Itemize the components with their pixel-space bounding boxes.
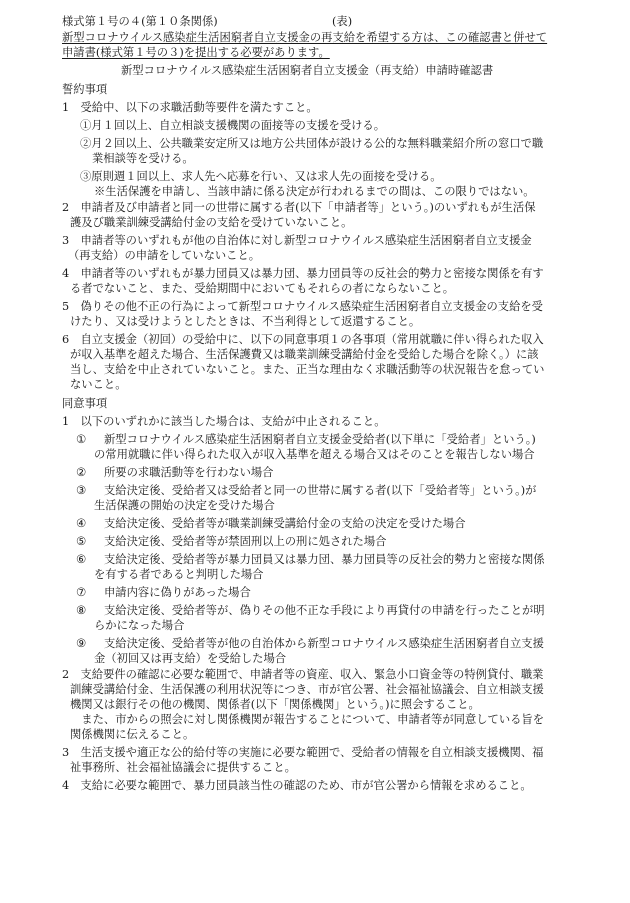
case-number: ⑤ (76, 534, 86, 549)
consent-item-3-cont: 祉事務所、社会福祉協議会に提供すること。 (70, 760, 296, 775)
pledge-item-1-sub-1: ①月１回以上、自立相談支援機関の面接等の支援を受ける。 (80, 118, 385, 133)
case-number: ③ (76, 483, 86, 498)
case-number: ④ (76, 516, 86, 531)
case-number: ① (76, 432, 86, 447)
pledge-item-4: 4 申請者等のいずれもが暴力団員又は暴力団、暴力団員等の反社会的勢力と密接な関係… (62, 266, 544, 281)
case-text-cont: 金（初回又は再支給）を受給した場合 (94, 651, 286, 666)
case-text-cont: らかになった場合 (94, 618, 184, 633)
consent-item-2-cont-3: また、市からの照会に対し関係機関が報告することについて、申請者等が同意している旨… (70, 712, 544, 727)
form-number: 様式第１号の４(第１０条関係) (62, 14, 218, 29)
pledge-item-5-cont: けたり、又は受けようとしたときは、不当利得として返還すること。 (70, 314, 420, 329)
pledge-item-3: 3 申請者等のいずれもが他の自治体に対し新型コロナウイルス感染症生活困窮者自立支… (62, 233, 532, 248)
document-title: 新型コロナウイルス感染症生活困窮者自立支援金（再支給）申請時確認書 (121, 63, 493, 78)
case-text: 支給決定後、受給者等が禁固刑以上の刑に処された場合 (104, 534, 386, 549)
consent-item-4: 4 支給に必要な範囲で、暴力団員該当性の確認のため、市が官公署から情報を求めるこ… (62, 778, 532, 793)
pledge-heading: 誓約事項 (62, 82, 107, 97)
consent-item-1: 1 以下のいずれかに該当した場合は、支給が中止されること。 (62, 414, 386, 429)
case-text: 所要の求職活動等を行わない場合 (104, 465, 273, 480)
case-text-cont: 生活保護の開始の決定を受けた場合 (94, 498, 275, 513)
pledge-item-6-cont-2: 当し、支給を中止されていないこと。また、正当な理由なく求職活動等の状況報告を怠っ… (70, 362, 544, 377)
consent-item-2-cont-2: 機関又は銀行その他の機関、関係者(以下「関係機関」という。)に照会すること。 (70, 697, 480, 712)
case-text-cont: の常用就職に伴い得られた収入が収入基準を超える場合又はそのことを報告しない場合 (94, 447, 535, 462)
consent-item-3: 3 生活支援や適正な公的給付等の実施に必要な範囲で、受給者の情報を自立相談支援機… (62, 745, 543, 760)
case-text: 支給決定後、受給者又は受給者と同一の世帯に属する者(以下「受給者等」という。)が (104, 483, 536, 498)
pledge-item-3-cont: （再支給）の申請をしていないこと。 (68, 248, 260, 263)
pledge-item-1-sub-3: ③原則週１回以上、求人先へ応募を行い、又は求人先の面接を受ける。 (80, 169, 442, 184)
case-text: 支給決定後、受給者等が職業訓練受講給付金の支給の決定を受けた場合 (104, 516, 466, 531)
case-text: 支給決定後、受給者等が他の自治体から新型コロナウイルス感染症生活困窮者自立支援 (104, 636, 544, 651)
consent-heading: 同意事項 (62, 396, 107, 411)
case-number: ⑥ (76, 552, 86, 567)
case-text-cont: を有する者であると判明した場合 (94, 567, 263, 582)
consent-item-2-cont-4: 関係機関に伝えること。 (70, 727, 194, 742)
side-label: (表) (332, 14, 352, 29)
pledge-item-1-note: ※生活保護を申請し、当該申請に係る決定が行われるまでの間は、この限りではない。 (94, 184, 535, 199)
consent-item-2: 2 支給要件の確認に必要な範囲で、申請者等の資産、収入、緊急小口資金等の特例貸付… (62, 667, 543, 682)
case-text: 新型コロナウイルス感染症生活困窮者自立支援金受給者(以下単に「受給者」という。) (104, 432, 536, 447)
pledge-item-1-sub-2-cont: 業相談等を受ける。 (92, 151, 194, 166)
pledge-item-6-cont-3: ないこと。 (70, 377, 127, 392)
case-text: 申請内容に偽りがあった場合 (104, 585, 251, 600)
pledge-item-1: 1 受給中、以下の求職活動等要件を満たすこと。 (62, 100, 318, 115)
case-number: ② (76, 465, 86, 480)
pledge-item-4-cont: る者でないこと、また、受給期間中においてもそれらの者にならないこと。 (70, 281, 454, 296)
case-text: 支給決定後、受給者等が暴力団員又は暴力団、暴力団員等の反社会的勢力と密接な関係 (104, 552, 545, 567)
confirmation-form-page: 様式第１号の４(第１０条関係) (表) 新型コロナウイルス感染症生活困窮者自立支… (0, 0, 630, 903)
pledge-item-1-sub-2: ②月２回以上、公共職業安定所又は地方公共団体が設ける公的な無料職業紹介所の窓口で… (80, 136, 543, 151)
pledge-item-2-cont: 護及び職業訓練受講給付金の支給を受けていないこと。 (70, 215, 352, 230)
notice-line-2: 申請書(様式第１号の３)を提出する必要があります。 (62, 45, 330, 60)
case-number: ⑨ (76, 636, 86, 651)
notice-line-1: 新型コロナウイルス感染症生活困窮者自立支援金の再支給を希望する方は、この確認書と… (62, 30, 547, 45)
pledge-item-2: 2 申請者及び申請者と同一の世帯に属する者(以下「申請者等」という。)のいずれも… (62, 200, 536, 215)
consent-item-2-cont-1: 訓練受講給付金、生活保護の利用状況等につき、市が官公署、社会福祉協議会、自立相談… (70, 682, 544, 697)
pledge-item-6-cont-1: が収入基準を超えた場合、生活保護費又は職業訓練受講給付金を受給した場合を除く。）… (70, 347, 539, 362)
pledge-item-5: 5 偽りその他不正の行為によって新型コロナウイルス感染症生活困窮者自立支援金の支… (62, 299, 543, 314)
case-number: ⑦ (76, 585, 86, 600)
pledge-item-6: 6 自立支援金（初回）の受給中に、以下の同意事項１の各事項（常用就職に伴い得られ… (62, 332, 544, 347)
case-text: 支給決定後、受給者等が、偽りその他不正な手段により再貸付の申請を行ったことが明 (104, 603, 545, 618)
case-number: ⑧ (76, 603, 86, 618)
